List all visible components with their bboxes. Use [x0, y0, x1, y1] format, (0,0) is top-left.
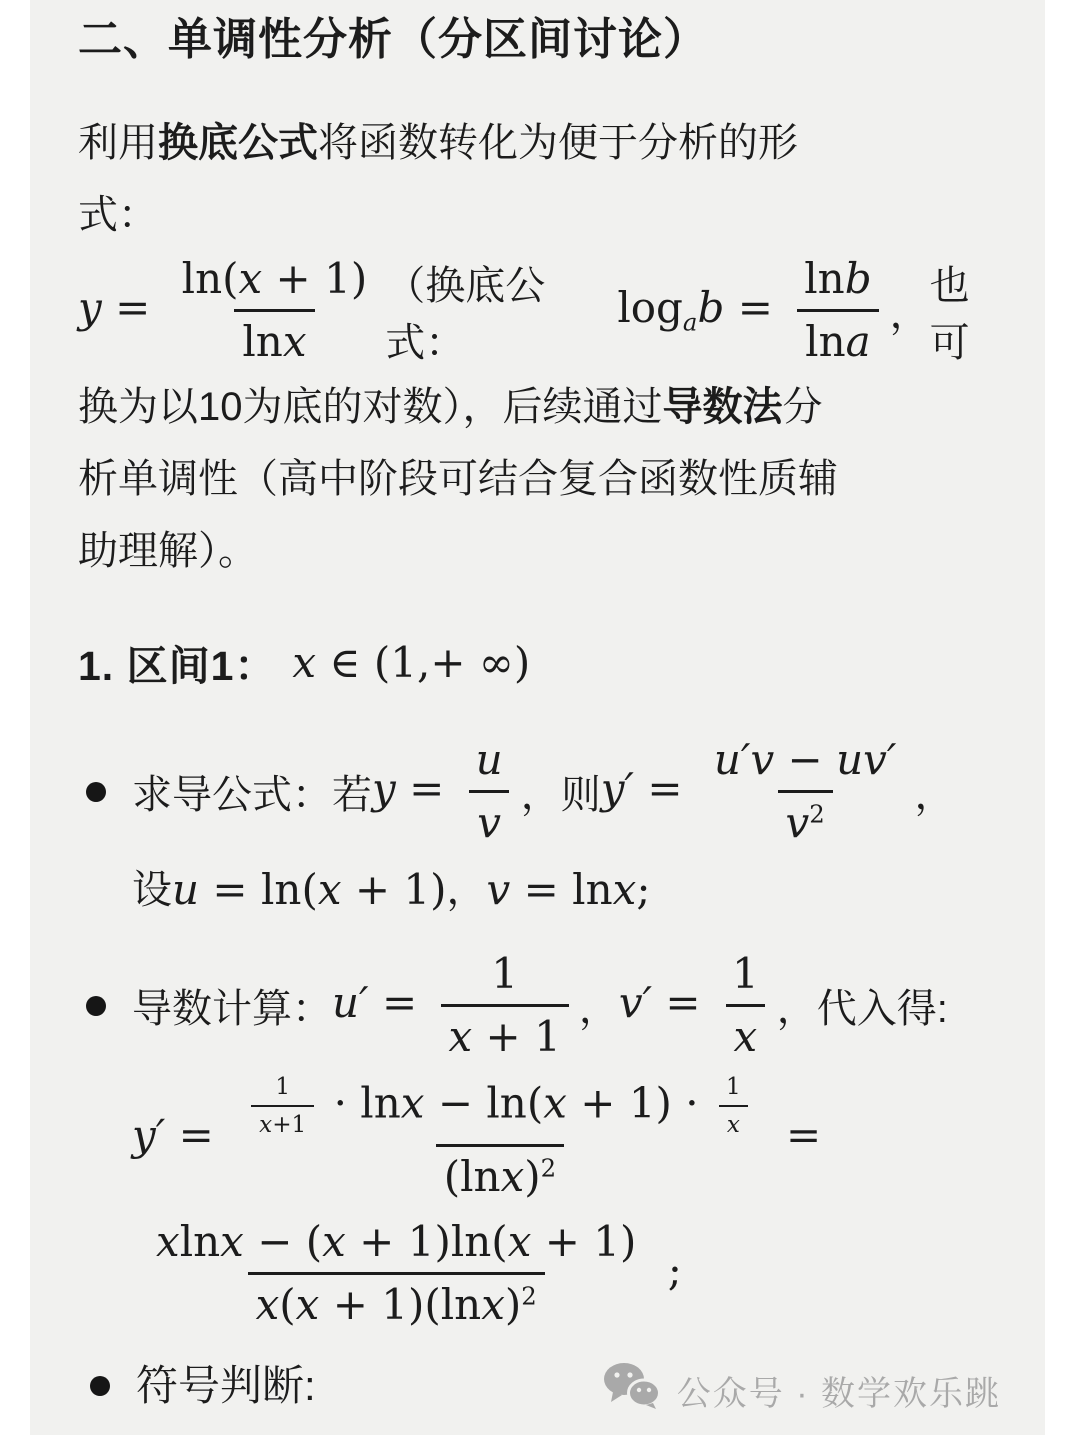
- math-token: x: [322, 1217, 346, 1266]
- intro-line-1: 利用换底公式将函数转化为便于分析的形: [78, 107, 1007, 179]
- math-y-uv: y = uv: [372, 735, 521, 849]
- bullet-dot-icon: [86, 996, 106, 1016]
- section-title: 二、单调性分析（分区间讨论）: [78, 14, 1007, 67]
- math-token: x: [481, 1280, 505, 1329]
- math-token: x: [501, 1152, 525, 1201]
- math-token: x: [283, 317, 307, 366]
- math-token: v: [786, 798, 810, 847]
- math-token: =: [102, 283, 164, 332]
- para2-line-3: 助理解）。: [78, 515, 1007, 587]
- math-token: (: [279, 1280, 295, 1329]
- math-token: = ln: [510, 865, 612, 914]
- formula-mid-text: （换底公式：: [385, 254, 617, 368]
- math-token: x: [401, 1079, 425, 1128]
- math-token: x: [543, 1079, 567, 1128]
- math-token: ∈ (1,+ ∞): [316, 638, 530, 687]
- math-token: x: [220, 1217, 244, 1266]
- math-token: y′: [132, 1110, 165, 1159]
- fraction: 1x: [718, 1074, 749, 1139]
- fraction: 1x+1 · lnx − ln(x + 1) · 1x(lnx)2: [237, 1074, 763, 1203]
- formula-tail-text: 也可: [930, 254, 1007, 368]
- math-token: + 1: [472, 1012, 561, 1061]
- math-token: +1: [272, 1112, 306, 1138]
- para2-line-1: 换为以10为底的对数），后续通过导数法分: [78, 371, 1007, 443]
- wechat-icon: [603, 1362, 661, 1419]
- math-v-prime: v′ = 1x: [619, 949, 777, 1063]
- math-token: 1: [732, 949, 759, 998]
- math-u-def: u = ln(x + 1): [172, 858, 447, 922]
- interval-1-domain: x ∈ (1,+ ∞): [292, 638, 530, 687]
- math-token: ;: [654, 1245, 682, 1294]
- math-token: uv′: [836, 735, 896, 784]
- math-token: x: [734, 1012, 758, 1061]
- math-token: ): [524, 1152, 540, 1201]
- math-token: a: [683, 307, 698, 336]
- formula-y-equals: y = ln(x + 1)lnx: [78, 254, 385, 368]
- math-token: =: [165, 1110, 227, 1159]
- fraction: u′v − uv′v2: [706, 735, 905, 849]
- article-content: 二、单调性分析（分区间讨论） 利用换底公式将函数转化为便于分析的形 式： y =…: [30, 0, 1045, 1330]
- separator-then: ，则: [521, 763, 601, 820]
- article-sheet: 二、单调性分析（分区间讨论） 利用换底公式将函数转化为便于分析的形 式： y =…: [30, 0, 1045, 1435]
- bullet-derivative-computation: 导数计算： u′ = 1x + 1 ， v′ = 1x ，代入得: y′ = 1…: [78, 946, 1007, 1331]
- math-token: =: [652, 978, 714, 1027]
- math-token: x: [449, 1012, 473, 1061]
- math-token: = ln(: [199, 865, 318, 914]
- math-token: + 1)(ln: [319, 1280, 481, 1329]
- math-token: x: [296, 1280, 320, 1329]
- math-token: =: [369, 978, 431, 1027]
- formula-log-identity: logab = lnblna: [617, 254, 889, 368]
- fraction: lnblna: [796, 254, 879, 368]
- watermark-text: 公众号 · 数学欢乐跳: [677, 1366, 1001, 1415]
- math-token: 1: [491, 949, 518, 998]
- intro-line-2: 式：: [78, 179, 1007, 251]
- math-token: x: [727, 1112, 740, 1138]
- math-token: + 1): [531, 1217, 636, 1266]
- math-token: ln(: [182, 254, 239, 303]
- formula-change-of-base-row: y = ln(x + 1)lnx （换底公式： logab = lnblna ，…: [78, 253, 1007, 369]
- fraction: ln(x + 1)lnx: [174, 254, 376, 368]
- math-token: =: [724, 283, 786, 332]
- math-token: =: [634, 764, 696, 813]
- math-token: a: [846, 317, 871, 366]
- bullet-sign-judgement: 符号判断:: [82, 1358, 316, 1414]
- math-token: x: [613, 865, 637, 914]
- math-token: v: [487, 865, 511, 914]
- y-prime-expansion-row: y′ = 1x+1 · lnx − ln(x + 1) · 1x(lnx)2 =: [132, 1074, 1007, 1203]
- math-token: y: [78, 283, 102, 332]
- separator-comma: ，: [447, 858, 487, 922]
- math-token: v′: [619, 978, 652, 1027]
- math-token: x: [256, 1280, 280, 1329]
- math-token: 2: [521, 1281, 537, 1310]
- math-token: log: [617, 283, 683, 332]
- math-y-prime-simplified: xlnx − (x + 1)ln(x + 1)x(x + 1)(lnx)2 ;: [138, 1217, 682, 1331]
- bullet-list: 求导公式：若 y = uv ，则 y′ = u′v − uv′v2 ， 设 u …: [78, 732, 1007, 1331]
- math-token: ln: [242, 317, 282, 366]
- y-prime-simplified-row: xlnx − (x + 1)ln(x + 1)x(x + 1)(lnx)2 ;: [138, 1217, 1007, 1331]
- math-token: 2: [541, 1154, 557, 1183]
- math-token: x: [292, 638, 316, 687]
- let-label: 设: [132, 858, 172, 922]
- fraction: 1x+1: [251, 1074, 314, 1139]
- math-token: u: [172, 865, 199, 914]
- math-token: u′: [332, 978, 369, 1027]
- fraction: 1x: [724, 949, 767, 1063]
- computation-label: 导数计算：: [132, 977, 332, 1034]
- math-token: − (: [244, 1217, 322, 1266]
- math-token: x: [318, 865, 342, 914]
- sign-judgement-label: 符号判断:: [136, 1358, 316, 1414]
- math-token: ln: [805, 317, 845, 366]
- math-token: + 1)ln(: [346, 1217, 508, 1266]
- intro-text: 将函数转化为便于分析的形: [318, 121, 798, 165]
- quotient-rule-label: 求导公式：若: [132, 763, 372, 820]
- derivatives-row: 导数计算： u′ = 1x + 1 ， v′ = 1x ，代入得:: [132, 946, 1007, 1066]
- math-token: − ln(: [424, 1079, 543, 1128]
- semicolon: ;: [636, 858, 650, 922]
- watermark: 公众号 · 数学欢乐跳: [603, 1362, 1001, 1419]
- math-token: =: [773, 1110, 822, 1159]
- separator-comma: ，: [579, 977, 619, 1034]
- math-token: + 1) ·: [567, 1079, 712, 1128]
- math-token: y: [372, 764, 396, 813]
- interval-1-heading: 1. 区间1： x ∈ (1,+ ∞): [78, 633, 1007, 692]
- math-token: −: [774, 735, 836, 784]
- math-token: y′: [601, 764, 634, 813]
- math-token: x: [239, 254, 263, 303]
- math-token: b: [697, 283, 724, 332]
- math-token: 1: [275, 1074, 290, 1100]
- para2-text: 分: [783, 385, 823, 429]
- para2-line-2: 析单调性（高中阶段可结合复合函数性质辅: [78, 443, 1007, 515]
- math-quotient-rule: y′ = u′v − uv′v2: [601, 735, 915, 849]
- math-token: ln: [180, 1217, 220, 1266]
- fraction: 1x + 1: [441, 949, 569, 1063]
- separator-comma: ，: [914, 763, 954, 820]
- math-token: ): [505, 1280, 521, 1329]
- math-token: u′v: [714, 735, 774, 784]
- bullet-derivative-formula: 求导公式：若 y = uv ，则 y′ = u′v − uv′v2 ， 设 u …: [78, 732, 1007, 922]
- intro-bold-change-of-base: 换底公式: [158, 121, 318, 165]
- fraction: xlnx − (x + 1)ln(x + 1)x(x + 1)(lnx)2: [148, 1217, 644, 1331]
- math-token: ln: [804, 254, 844, 303]
- math-token: x: [508, 1217, 532, 1266]
- math-token: 1: [726, 1074, 741, 1100]
- math-token: v: [477, 798, 501, 847]
- para2-bold-derivative-method: 导数法: [663, 385, 783, 429]
- math-token: b: [845, 254, 872, 303]
- math-token: (ln: [444, 1152, 501, 1201]
- interval-1-label: 1. 区间1：: [78, 633, 276, 692]
- math-u-prime: u′ = 1x + 1: [332, 949, 579, 1063]
- bullet-dot-icon: [90, 1376, 110, 1396]
- intro-text: 利用: [78, 121, 158, 165]
- math-token: x: [259, 1112, 272, 1138]
- math-token: + 1): [262, 254, 367, 303]
- math-token: + 1): [342, 865, 447, 914]
- math-token: · ln: [320, 1079, 401, 1128]
- bullet-body: 求导公式：若 y = uv ，则 y′ = u′v − uv′v2 ， 设 u …: [132, 732, 1007, 922]
- quotient-rule-row: 求导公式：若 y = uv ，则 y′ = u′v − uv′v2 ，: [132, 732, 1007, 852]
- math-token: x: [156, 1217, 180, 1266]
- math-token: u: [476, 735, 503, 784]
- math-token: =: [396, 764, 458, 813]
- bullet-body: 导数计算： u′ = 1x + 1 ， v′ = 1x ，代入得: y′ = 1…: [132, 946, 1007, 1331]
- math-token: 2: [809, 800, 825, 829]
- math-v-def: v = lnx: [487, 858, 637, 922]
- math-y-prime-expansion: y′ = 1x+1 · lnx − ln(x + 1) · 1x(lnx)2 =: [132, 1074, 821, 1203]
- substitution-row: 设 u = ln(x + 1) ， v = lnx ;: [132, 858, 1007, 922]
- substitute-label: ，代入得:: [777, 977, 948, 1034]
- fraction: uv: [468, 735, 511, 849]
- para2-text: 换为以10为底的对数），后续通过: [78, 385, 663, 429]
- bullet-dot-icon: [86, 782, 106, 802]
- formula-comma: ，: [890, 282, 930, 339]
